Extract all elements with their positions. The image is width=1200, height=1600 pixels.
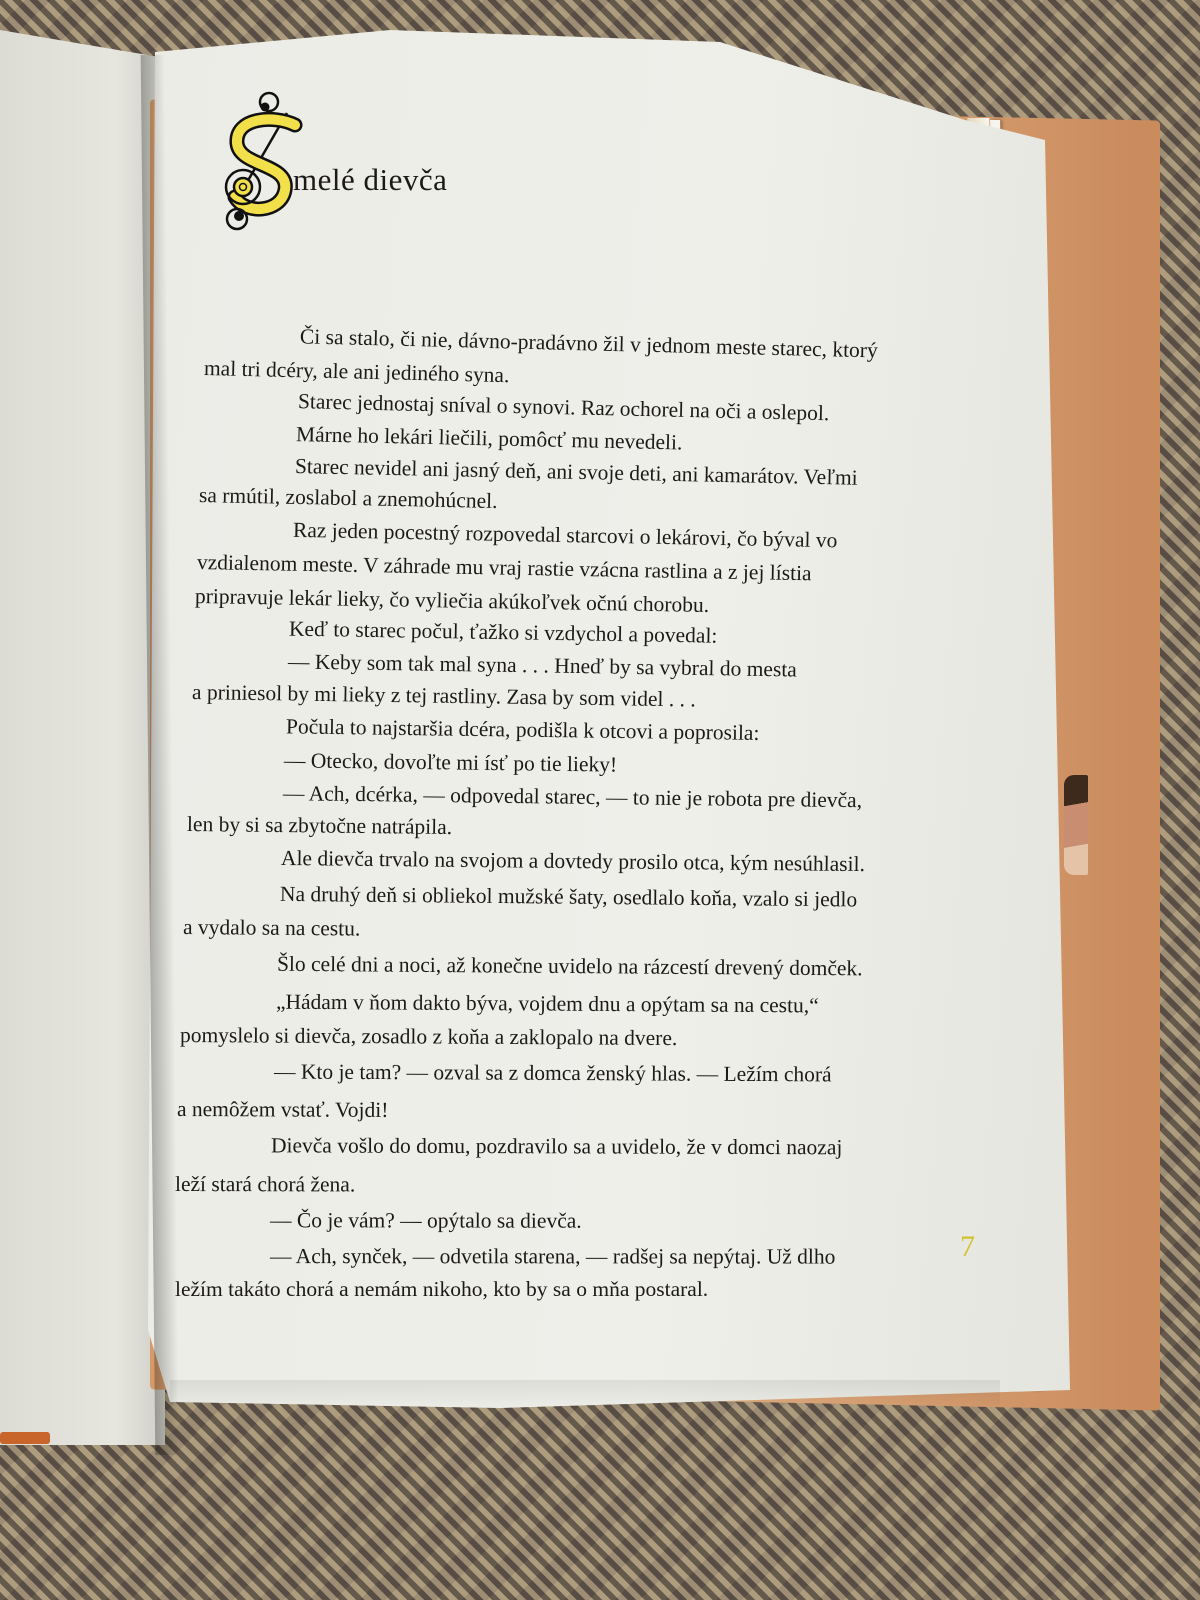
- text-line: — Čo je vám? — opýtalo sa dievča.: [175, 1206, 582, 1235]
- left-cover-edge: [0, 1432, 50, 1444]
- text-line: Na druhý deň si obliekol mužské šaty, os…: [184, 879, 856, 914]
- chapter-title: melé dievča: [205, 85, 605, 235]
- decorative-initial-s-icon: [205, 85, 305, 235]
- text-line: — Ach, dcérka, — odpovedal starec, — to …: [188, 778, 862, 815]
- page-content: melé dievča Či sa stalo, či nie, dávno-p…: [175, 80, 955, 1330]
- page-number: 7: [960, 1230, 975, 1264]
- text-line: len by si sa zbytočne natrápila.: [187, 810, 452, 842]
- text-line: Dievča vošlo do domu, pozdravilo sa a uv…: [176, 1131, 842, 1162]
- left-page: [0, 30, 165, 1445]
- text-line: Šlo celé dni a noci, až konečne uvidelo …: [182, 949, 863, 983]
- text-line: vzdialenom meste. V záhrade mu vraj rast…: [196, 548, 811, 588]
- text-line: „Hádam v ňom dakto býva, vojdem dnu a op…: [181, 987, 819, 1020]
- text-line: — Kto je tam? — ozval sa z domca ženský …: [179, 1057, 832, 1089]
- text-line: pomyslelo si dievča, zosadlo z koňa a za…: [180, 1021, 677, 1053]
- text-line: leží stará chorá žena.: [175, 1170, 355, 1199]
- text-line: a vydalo sa na cestu.: [183, 913, 361, 943]
- text-line: — Otecko, dovoľte mi ísť po tie lieky!: [189, 745, 618, 779]
- text-line: — Ach, synček, — odvetila starena, — rad…: [175, 1242, 835, 1271]
- text-line: ležím takáto chorá a nemám nikoho, kto b…: [175, 1275, 708, 1304]
- text-line: sa rmútil, zoslabol a znemohúcnel.: [199, 481, 498, 516]
- text-line: Ale dievča trvalo na svojom a dovtedy pr…: [186, 843, 865, 879]
- chapter-title-text: melé dievča: [293, 162, 447, 198]
- text-line: mal tri dcéry, ale ani jediného syna.: [203, 354, 509, 390]
- page-bottom-shadow: [170, 1380, 1000, 1410]
- illustration-peek: [1064, 775, 1088, 875]
- text-line: a priniesol by mi lieky z tej rastliny. …: [192, 678, 696, 714]
- text-line: Počula to najstaršia dcéra, podišla k ot…: [190, 711, 759, 748]
- text-line: a nemôžem vstať. Vojdi!: [177, 1095, 389, 1125]
